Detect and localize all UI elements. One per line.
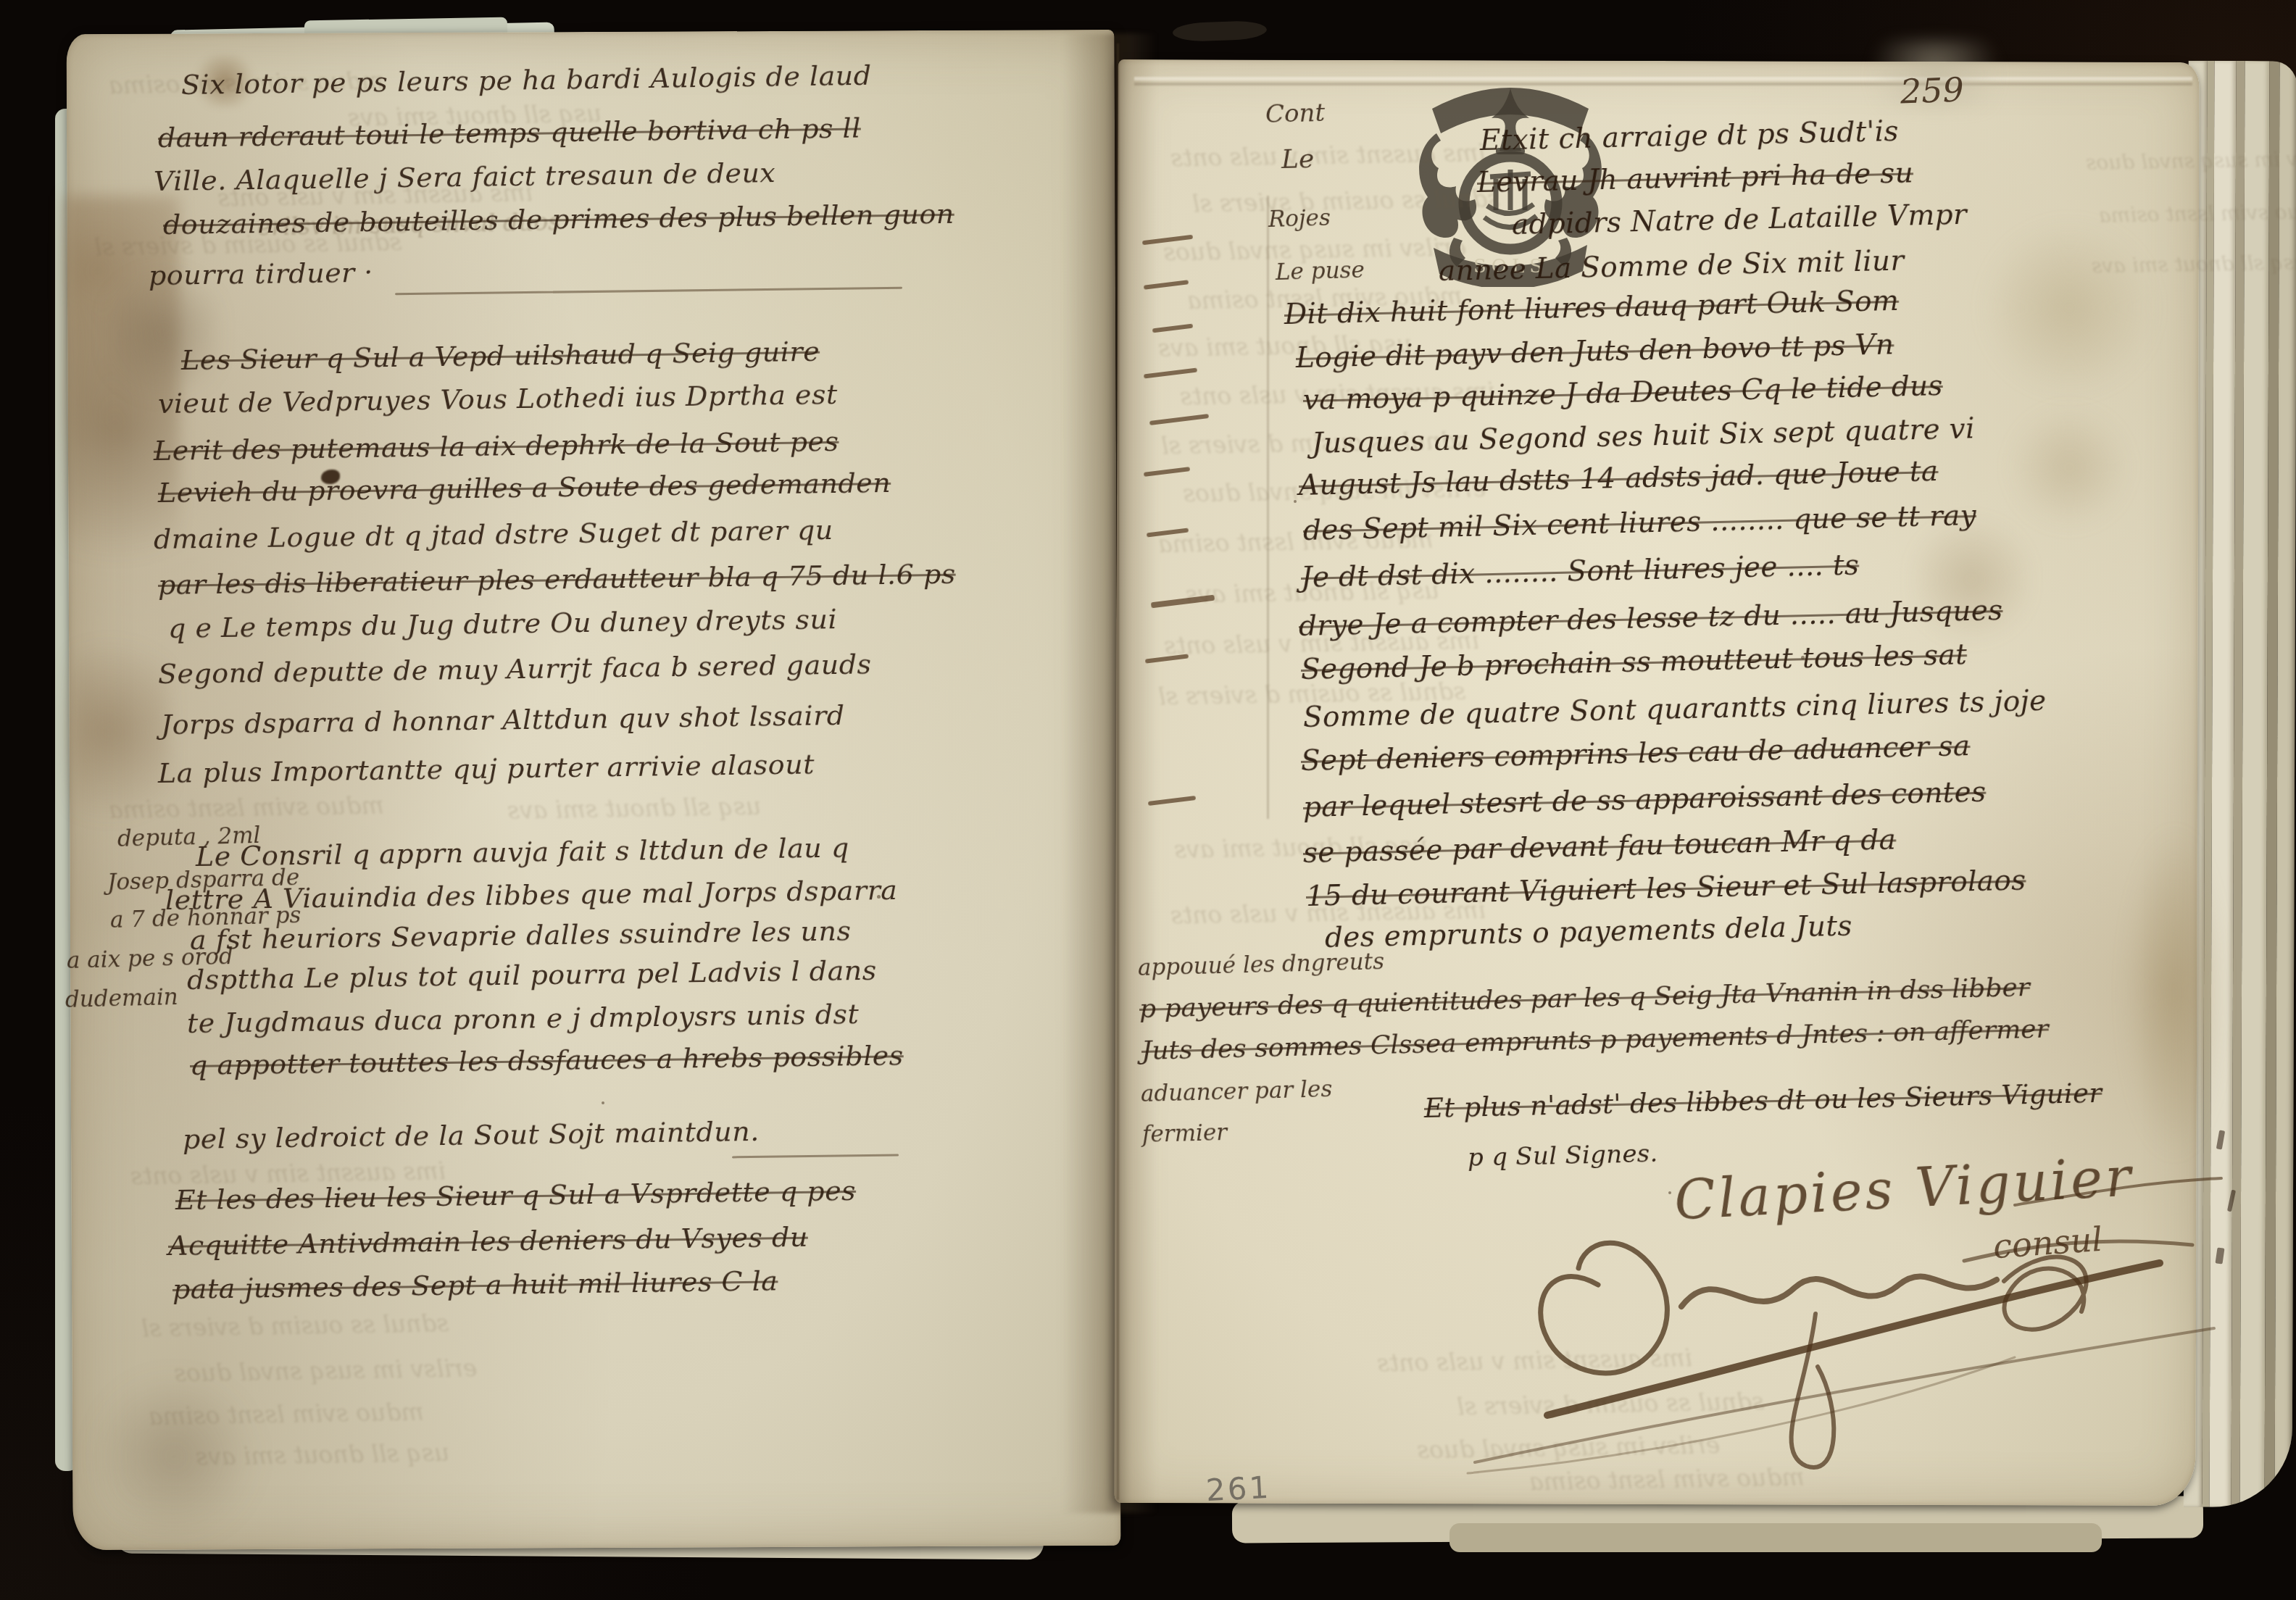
margin-word: Le [1281,144,1314,175]
bleed-line: usq sll dnout smi avs [507,792,762,825]
margin-note: fermier [1142,1120,1228,1148]
bleed-line: ims aussnt sim v usls onts [1170,138,1486,172]
manuscript-photo: { "document": { "folio_number": "259", "… [0,0,2296,1600]
margin-word: Cont [1265,99,1325,129]
undersheet-bottom-right-2 [1449,1523,2102,1552]
margin-word: Rojes [1268,205,1331,233]
bleed-line: mduo svim lssnt osima [2099,199,2296,228]
signature-title: consul [1992,1220,2103,1266]
margin-word: Le puse [1276,257,1365,286]
pencil-folio-number: 261 [1205,1470,1272,1509]
folio-number: 259 [1900,70,1965,111]
margin-note: dudemain [65,984,179,1013]
ink-speck [602,1101,604,1104]
bleed-line: erilsv im susq snval duos [2086,146,2296,175]
margin-note: deputa , 2ml [117,822,261,852]
bleed-line: sdnul ss ousim d sviers sl [1192,184,1500,217]
bleed-line: sdnul ss ousim d sviers sl [141,1309,449,1342]
margin-note: Josep dsparra de [107,864,300,896]
margin-note: a 7 de honnar ps [110,902,301,933]
closing-line: p q Sul Signes. [1468,1139,1659,1172]
margin-note: a aix pe s orod [67,943,234,974]
manuscript-line: pourra tirduer · [149,257,374,291]
bleed-line: usq sll dnout smi avs [2092,250,2296,278]
margin-note: aduancer par les [1141,1076,1333,1107]
bleed-line: usq sll dnout smi avs [196,1438,450,1471]
bleed-line: mduo svim lssnt osima [109,791,384,825]
bleed-line: mduo svim lssnt osima [149,1398,424,1431]
bleed-line: erilsv im susq snval duos [174,1354,478,1387]
